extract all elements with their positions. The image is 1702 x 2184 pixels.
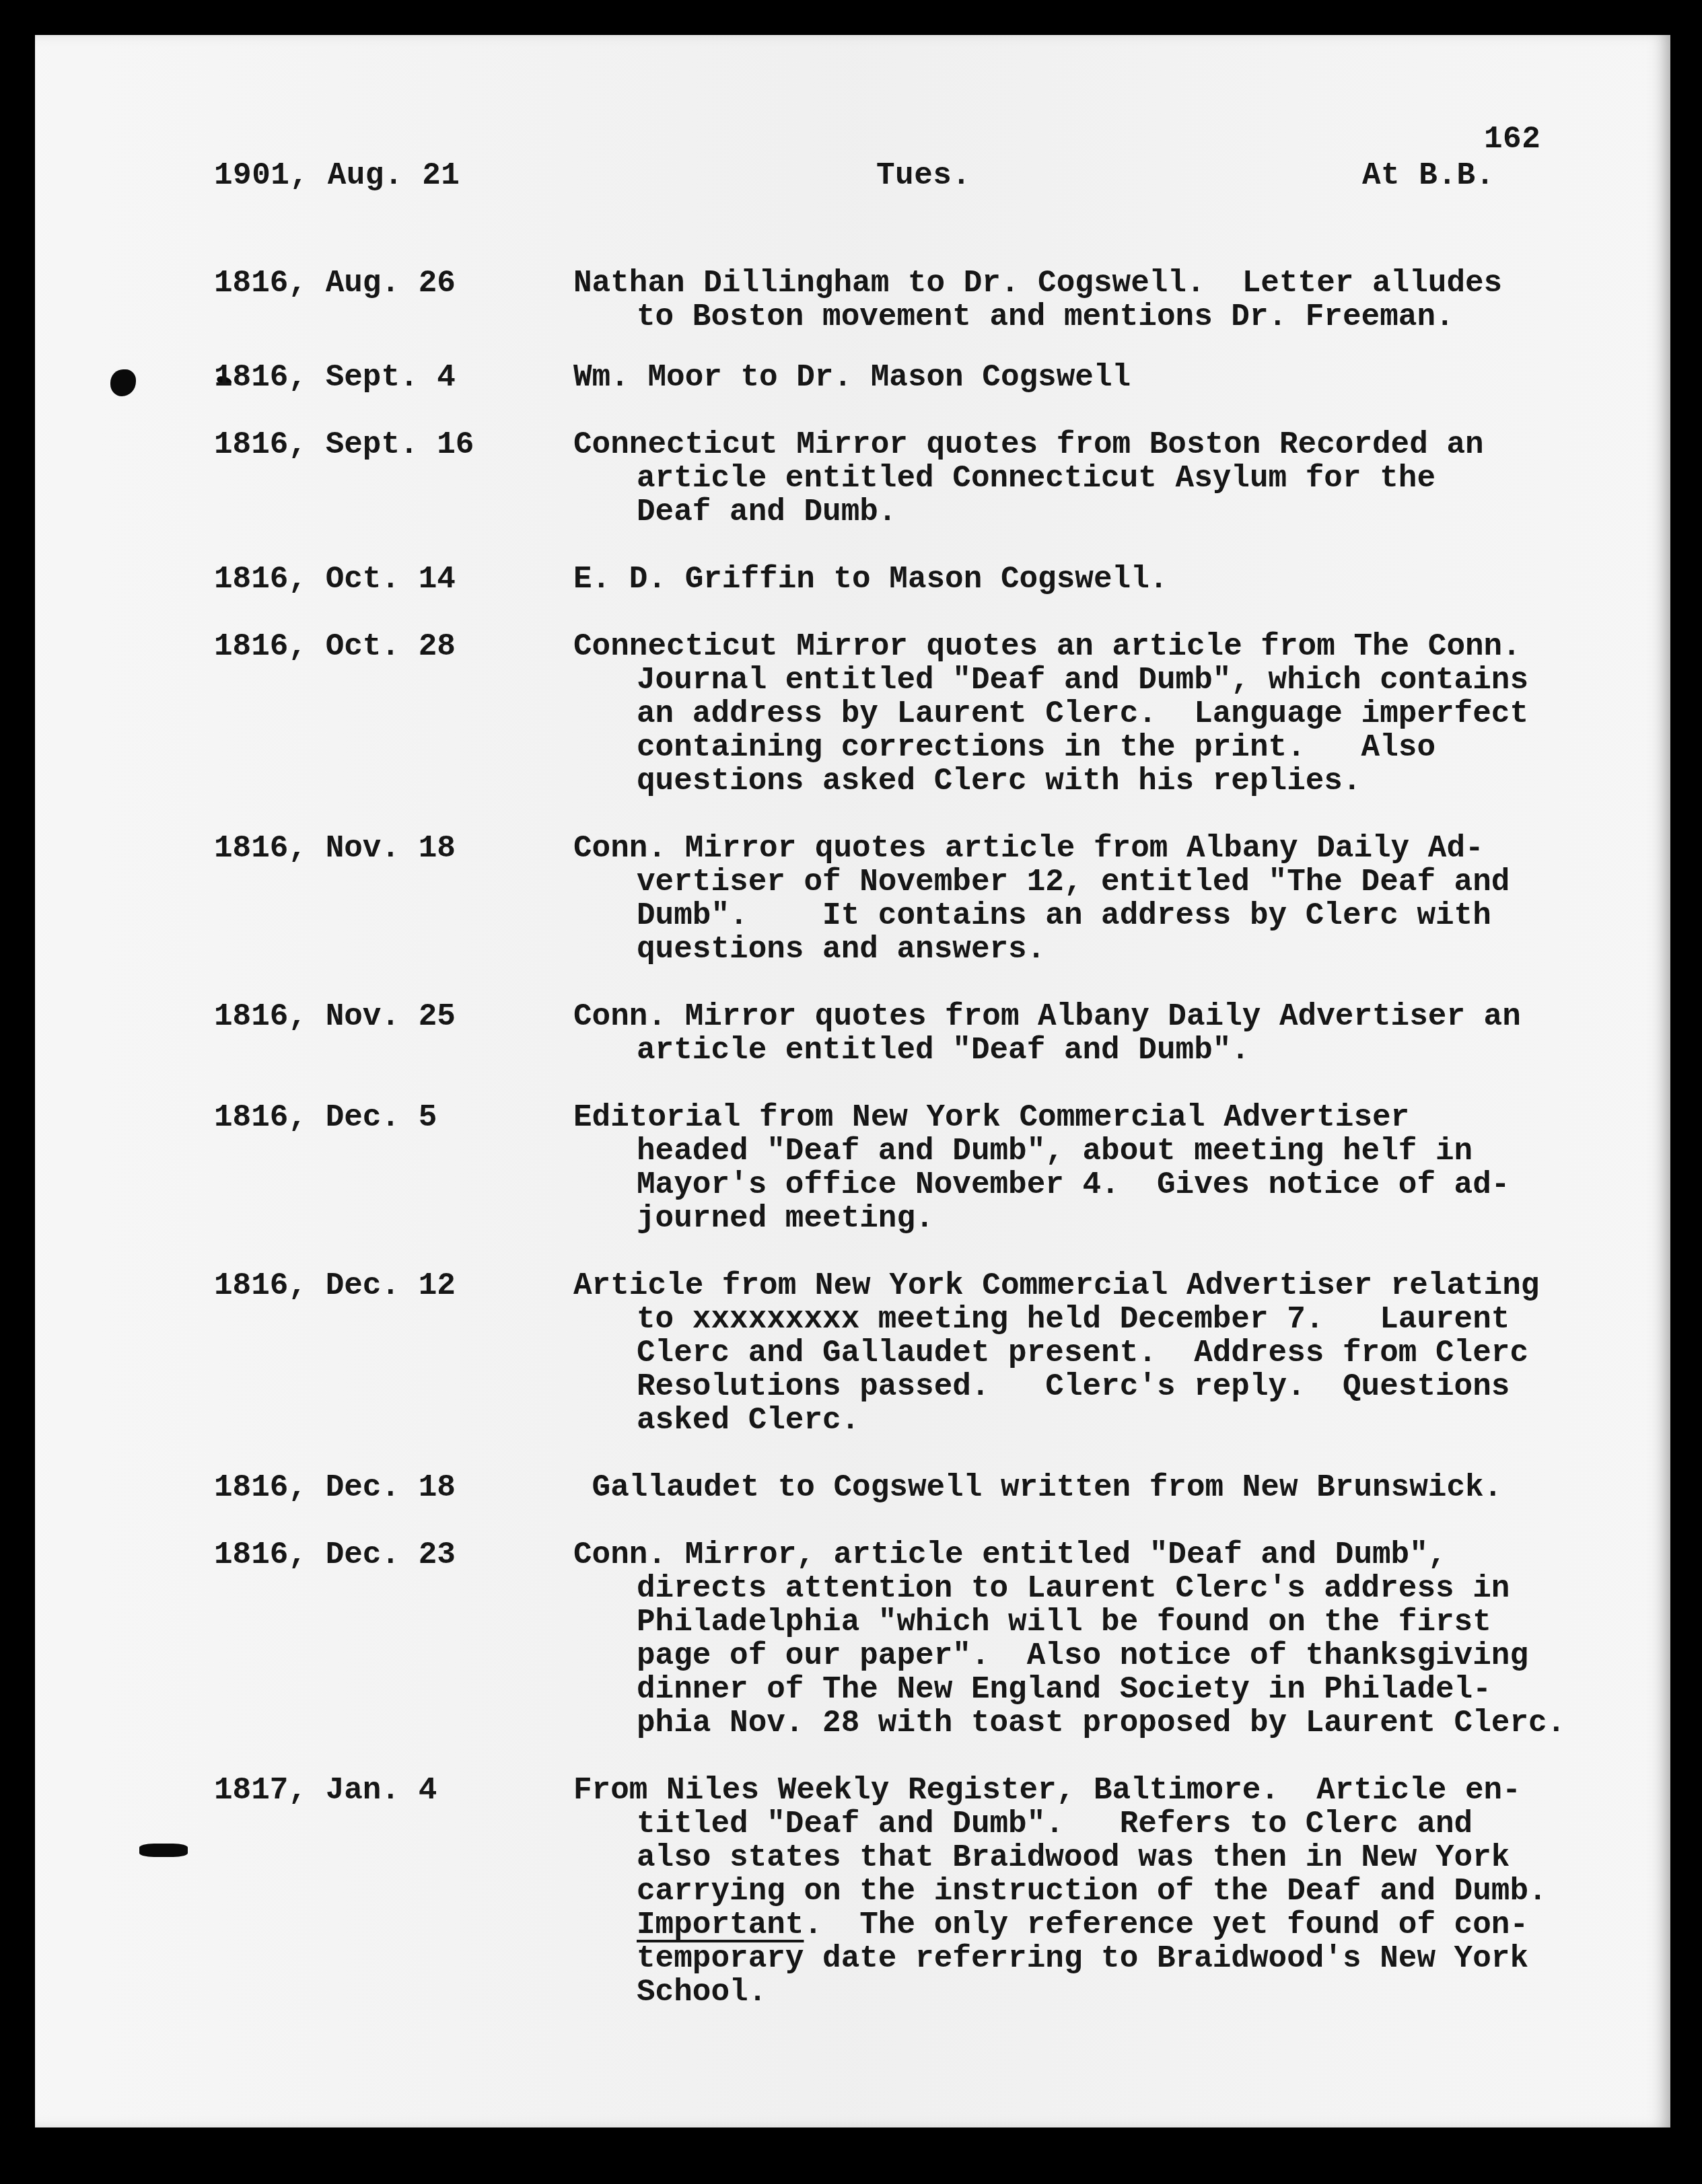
entry-line: Mayor's office November 4. Gives notice … — [573, 1168, 1510, 1202]
entry-line: Nathan Dillingham to Dr. Cogswell. Lette… — [573, 266, 1502, 300]
entry-line: also states that Braidwood was then in N… — [573, 1841, 1547, 1874]
entry-line: From Niles Weekly Register, Baltimore. A… — [573, 1774, 1547, 1807]
entry-line: page of our paper". Also notice of thank… — [573, 1639, 1565, 1673]
entry-line: Dumb". It contains an address by Clerc w… — [573, 899, 1510, 933]
entry-date: 1817, Jan. 4 — [214, 1774, 437, 1807]
entry-line: E. D. Griffin to Mason Cogswell. — [573, 562, 1168, 596]
entry-line: an address by Laurent Clerc. Language im… — [573, 697, 1528, 731]
entry-line: to xxxxxxxxx meeting held December 7. La… — [573, 1303, 1539, 1336]
entry-line: Gallaudet to Cogswell written from New B… — [573, 1471, 1502, 1504]
page-number: 162 — [1484, 122, 1540, 156]
entry-date: 1816, Oct. 28 — [214, 630, 456, 663]
entry-line: Conn. Mirror quotes article from Albany … — [573, 832, 1510, 865]
entry-description: Editorial from New York Commercial Adver… — [573, 1101, 1510, 1235]
entry-date: 1816, Nov. 25 — [214, 1000, 456, 1033]
entry-line: headed "Deaf and Dumb", about meeting he… — [573, 1134, 1510, 1168]
entry-description: Wm. Moor to Dr. Mason Cogswell — [573, 361, 1131, 394]
entry-description: Conn. Mirror quotes from Albany Daily Ad… — [573, 1000, 1521, 1067]
entry-description: E. D. Griffin to Mason Cogswell. — [573, 562, 1168, 596]
punch-hole — [139, 1844, 188, 1857]
entry-description: Conn. Mirror quotes article from Albany … — [573, 832, 1510, 966]
header-place: At B.B. — [1362, 159, 1495, 192]
underlined-word: Important — [637, 1907, 804, 1942]
entry-line: School. — [573, 1975, 1547, 2009]
entry-line: carrying on the instruction of the Deaf … — [573, 1874, 1547, 1908]
entry-line: dinner of The New England Society in Phi… — [573, 1673, 1565, 1706]
entry-description: From Niles Weekly Register, Baltimore. A… — [573, 1774, 1547, 2009]
entry-line: article entitled Connecticut Asylum for … — [573, 462, 1484, 495]
entry-line: article entitled "Deaf and Dumb". — [573, 1033, 1521, 1067]
entry-line: phia Nov. 28 with toast proposed by Laur… — [573, 1706, 1565, 1740]
entry-line: Wm. Moor to Dr. Mason Cogswell — [573, 361, 1131, 394]
entry-line: asked Clerc. — [573, 1404, 1539, 1437]
header-day: Tues. — [876, 159, 971, 192]
entry-description: Article from New York Commercial Adverti… — [573, 1269, 1539, 1437]
entry-line: Article from New York Commercial Adverti… — [573, 1269, 1539, 1303]
entry-description: Nathan Dillingham to Dr. Cogswell. Lette… — [573, 266, 1502, 334]
entry-line: to Boston movement and mentions Dr. Free… — [573, 300, 1502, 334]
entry-date: 1816, Sept. 4 — [214, 361, 456, 394]
entry-line: journed meeting. — [573, 1202, 1510, 1235]
entry-line: questions and answers. — [573, 933, 1510, 966]
punch-hole — [110, 369, 136, 396]
entry-date: 1816, Aug. 26 — [214, 266, 456, 300]
entry-line: containing corrections in the print. Als… — [573, 731, 1528, 764]
entry-date: 1816, Sept. 16 — [214, 428, 474, 462]
entry-line: questions asked Clerc with his replies. — [573, 764, 1528, 798]
entry-description: Connecticut Mirror quotes from Boston Re… — [573, 428, 1484, 529]
entry-line: Conn. Mirror quotes from Albany Daily Ad… — [573, 1000, 1521, 1033]
header-date: 1901, Aug. 21 — [214, 159, 460, 192]
entry-date: 1816, Dec. 23 — [214, 1538, 456, 1572]
entry-line: Clerc and Gallaudet present. Address fro… — [573, 1336, 1539, 1370]
entry-line: Journal entitled "Deaf and Dumb", which … — [573, 663, 1528, 697]
entry-line: Deaf and Dumb. — [573, 495, 1484, 529]
entry-line: Connecticut Mirror quotes from Boston Re… — [573, 428, 1484, 462]
entry-line: Conn. Mirror, article entitled "Deaf and… — [573, 1538, 1565, 1572]
entry-description: Conn. Mirror, article entitled "Deaf and… — [573, 1538, 1565, 1740]
entry-date: 1816, Oct. 14 — [214, 562, 456, 596]
entry-date: 1816, Dec. 18 — [214, 1471, 456, 1504]
entry-line: temporary date referring to Braidwood's … — [573, 1942, 1547, 1975]
entry-line: vertiser of November 12, entitled "The D… — [573, 865, 1510, 899]
entry-description: Connecticut Mirror quotes an article fro… — [573, 630, 1528, 798]
entry-description: Gallaudet to Cogswell written from New B… — [573, 1471, 1502, 1504]
entry-line: directs attention to Laurent Clerc's add… — [573, 1572, 1565, 1605]
entry-line: Connecticut Mirror quotes an article fro… — [573, 630, 1528, 663]
entry-date: 1816, Dec. 5 — [214, 1101, 437, 1134]
entry-date: 1816, Nov. 18 — [214, 832, 456, 865]
entry-line: Important. The only reference yet found … — [573, 1908, 1547, 1942]
entry-line: titled "Deaf and Dumb". Refers to Clerc … — [573, 1807, 1547, 1841]
entry-line: Resolutions passed. Clerc's reply. Quest… — [573, 1370, 1539, 1404]
entry-line: Philadelphia "which will be found on the… — [573, 1605, 1565, 1639]
entry-date: 1816, Dec. 12 — [214, 1269, 456, 1303]
entry-line: Editorial from New York Commercial Adver… — [573, 1101, 1510, 1134]
